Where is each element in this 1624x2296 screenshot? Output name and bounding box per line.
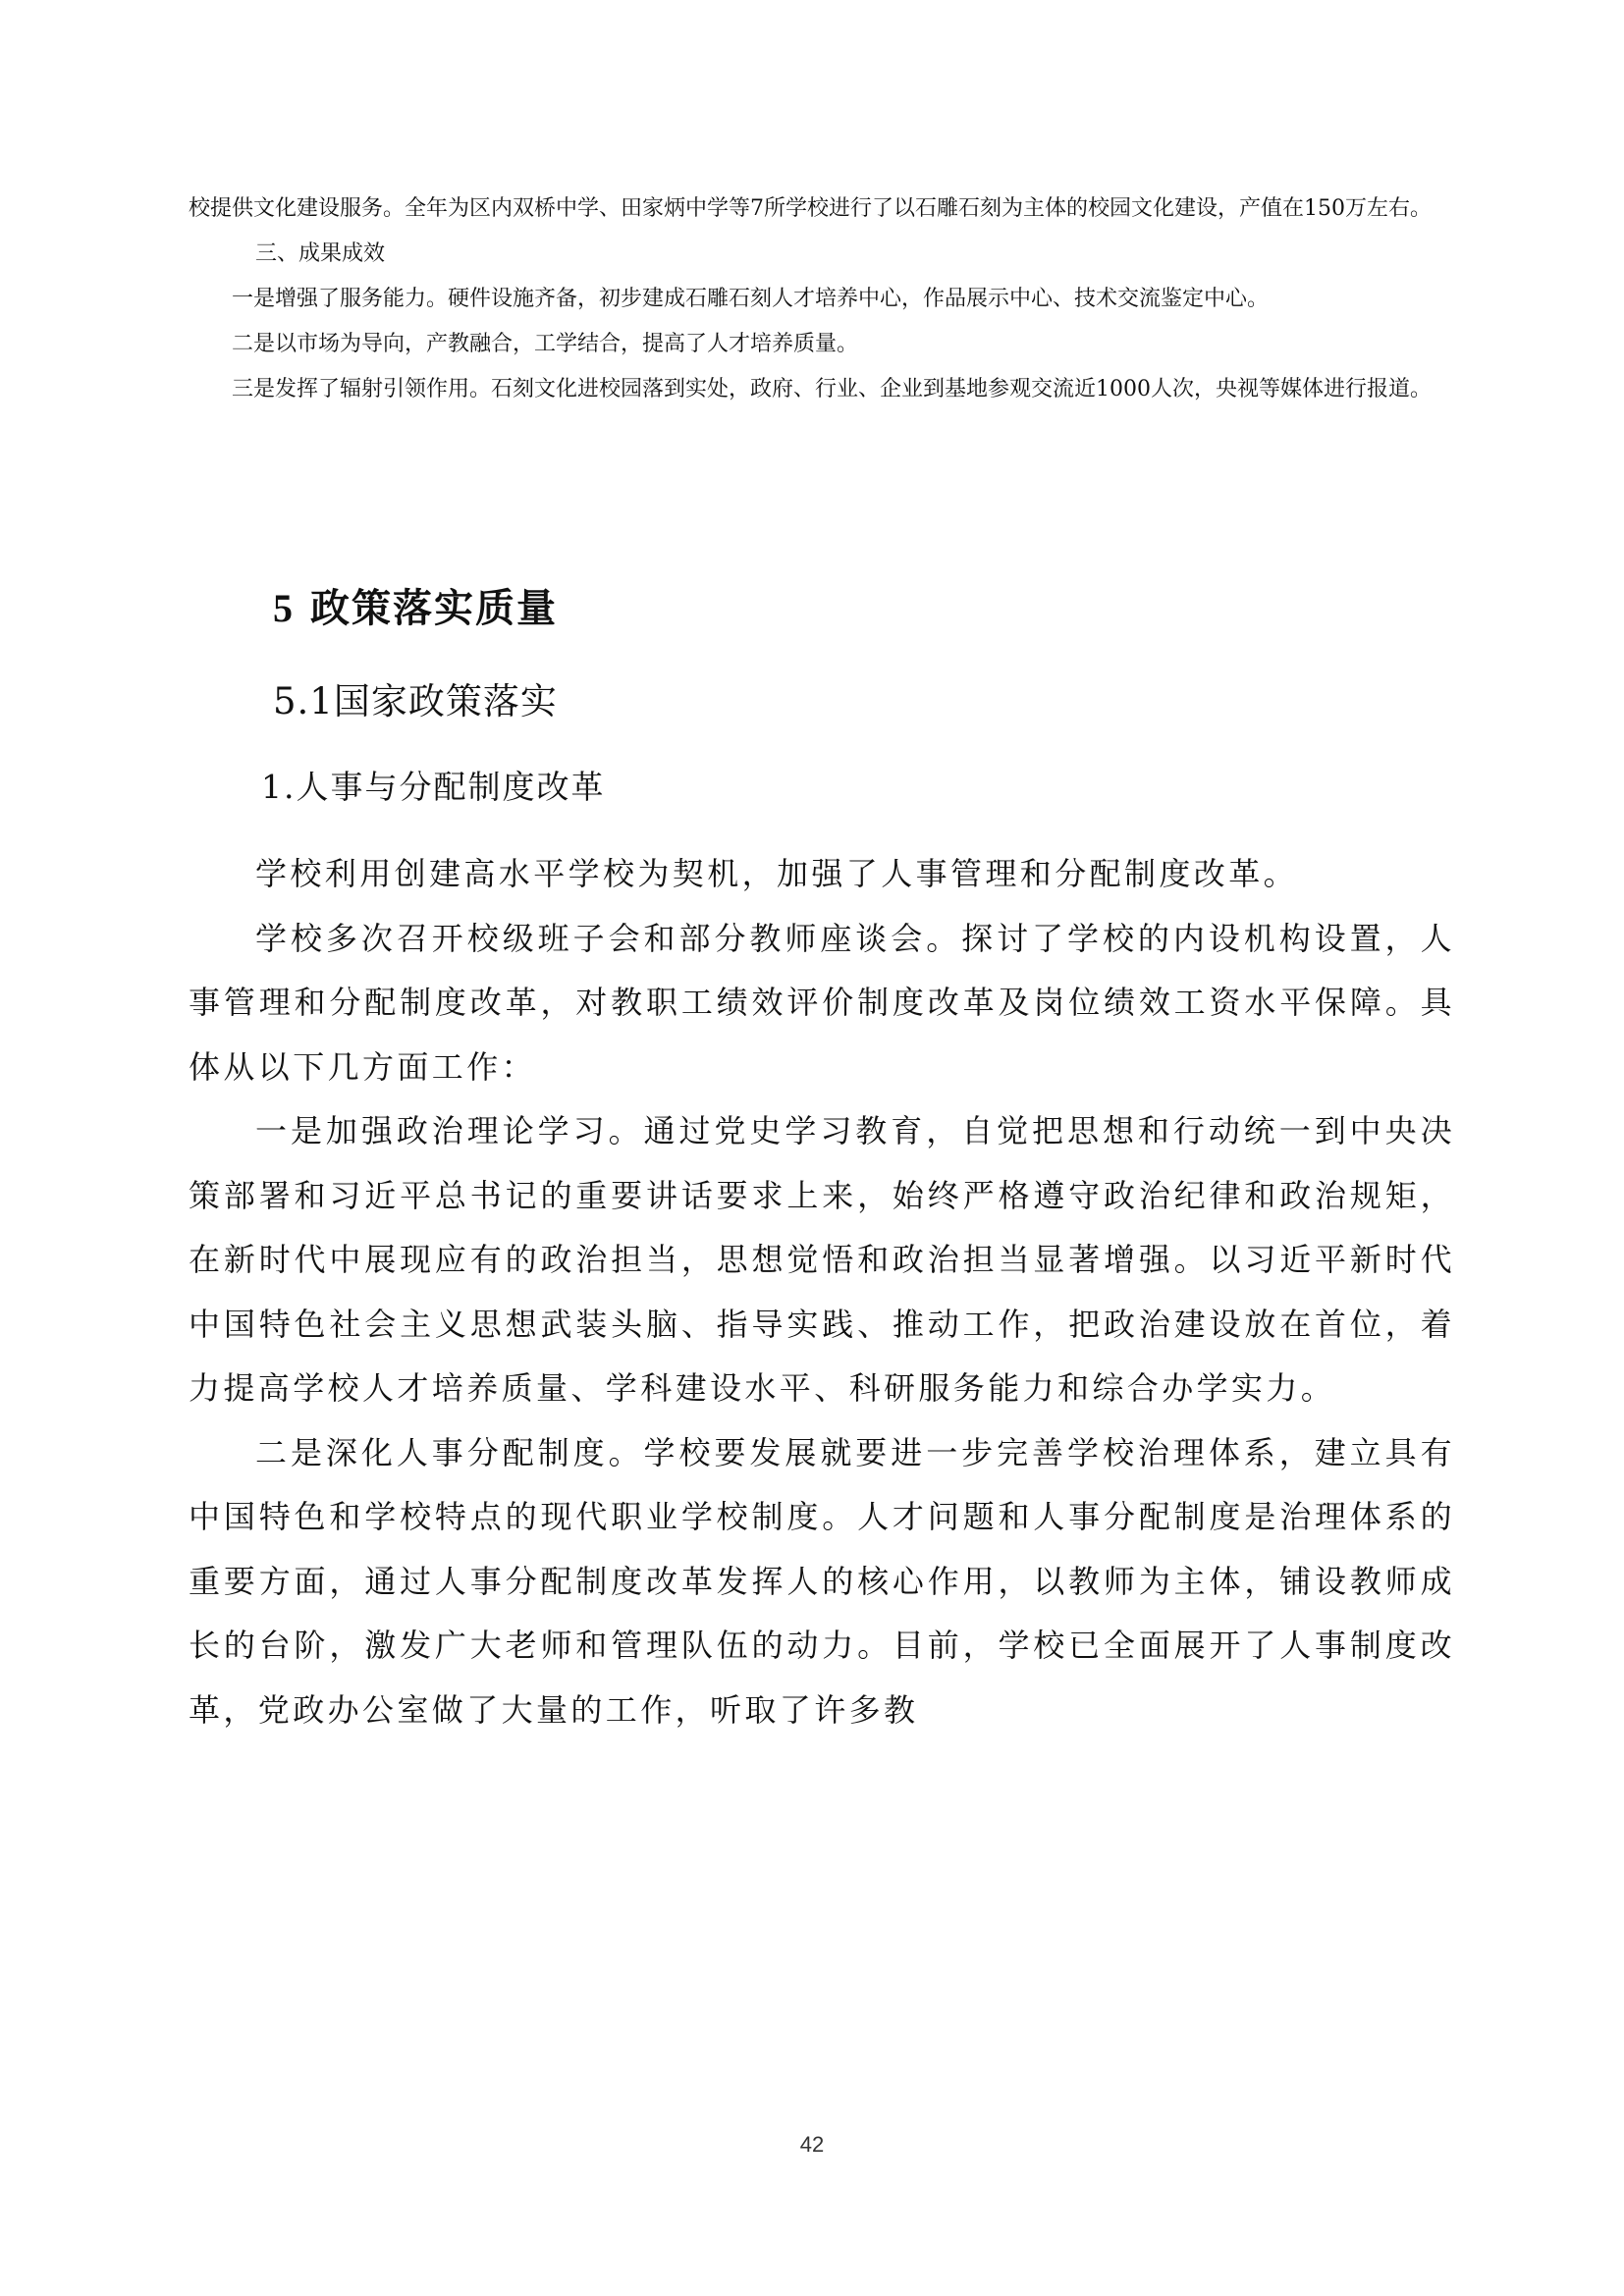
body-paragraph: 学校多次召开校级班子会和部分教师座谈会。探讨了学校的内设机构设置，人事管理和分配… [189, 907, 1455, 1100]
section-heading-results: 三、成果成效 [189, 232, 1455, 277]
result-item-1: 一是增强了服务能力。硬件设施齐备，初步建成石雕石刻人才培养中心，作品展示中心、技… [189, 277, 1455, 322]
chapter-title: 政策落实质量 [310, 585, 558, 631]
result-item-2: 二是以市场为导向，产教融合，工学结合，提高了人才培养质量。 [189, 322, 1455, 367]
intro-block: 校提供文化建设服务。全年为区内双桥中学、田家炳中学等7所学校进行了以石雕石刻为主… [189, 187, 1455, 412]
document-page: 校提供文化建设服务。全年为区内双桥中学、田家炳中学等7所学校进行了以石雕石刻为主… [0, 0, 1624, 2296]
result-item-3: 三是发挥了辐射引领作用。石刻文化进校园落到实处，政府、行业、企业到基地参观交流近… [189, 367, 1455, 412]
intro-paragraph: 校提供文化建设服务。全年为区内双桥中学、田家炳中学等7所学校进行了以石雕石刻为主… [189, 187, 1455, 232]
page-number: 42 [0, 2132, 1624, 2158]
body-paragraph: 一是加强政治理论学习。通过党史学习教育，自觉把思想和行动统一到中央决策部署和习近… [189, 1099, 1455, 1421]
subsection-heading: 1.人事与分配制度改革 [261, 762, 606, 808]
body-paragraph: 学校利用创建高水平学校为契机，加强了人事管理和分配制度改革。 [189, 842, 1455, 907]
section-heading: 5.1国家政策落实 [273, 671, 558, 724]
body-paragraph: 二是深化人事分配制度。学校要发展就要进一步完善学校治理体系，建立具有中国特色和学… [189, 1421, 1455, 1743]
body-text: 学校利用创建高水平学校为契机，加强了人事管理和分配制度改革。 学校多次召开校级班… [189, 842, 1455, 1742]
chapter-heading: 5政策落实质量 [273, 577, 558, 633]
chapter-number: 5 [273, 586, 295, 630]
